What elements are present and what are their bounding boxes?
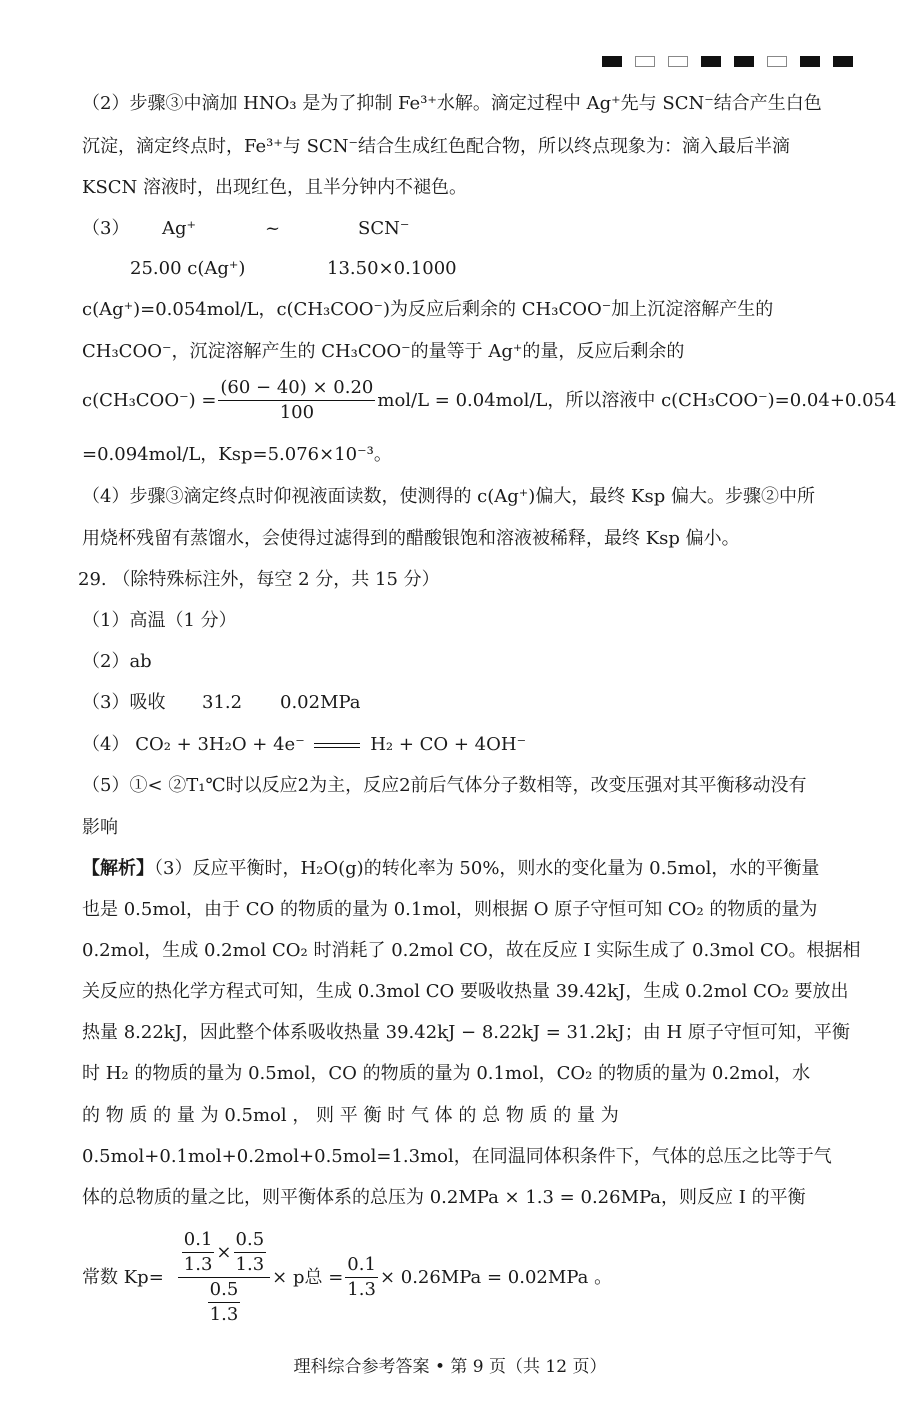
complex-numerator: 0.1 1.3 × 0.5 1.3	[178, 1228, 270, 1278]
kp-equation: 常数 Kp= 0.1 1.3 × 0.5 1.3 0.5 1.3 × p总 = …	[82, 1228, 612, 1327]
complex-fraction: 0.1 1.3 × 0.5 1.3 0.5 1.3	[178, 1228, 270, 1327]
numerator: 0.5	[208, 1278, 241, 1303]
a3-value2: 0.02MPa	[280, 691, 361, 715]
q28-p4-line1: （4）步骤③滴定终点时仰视液面读数，使测得的 c(Ag⁺)偏大，最终 Ksp 偏…	[82, 485, 815, 509]
equals-sign	[314, 743, 360, 748]
analysis-tag: 【解析】	[82, 858, 154, 879]
analysis-text: （3）反应平衡时，H₂O(g)的转化率为 50%，则水的变化量为 0.5mol，…	[154, 858, 819, 879]
denominator: 1.3	[210, 1303, 239, 1327]
marker-filled	[734, 56, 754, 67]
fraction: 0.5 1.3	[234, 1228, 267, 1277]
scn-value: 13.50×0.1000	[327, 257, 457, 281]
times-sign: ×	[216, 1241, 231, 1265]
q28-p4-line2: 用烧杯残留有蒸馏水，会使得过滤得到的醋酸银饱和溶液被稀释，最终 Ksp 偏小。	[82, 527, 740, 551]
marker-empty	[668, 56, 688, 67]
numerator: 0.5	[234, 1228, 267, 1253]
eq-rhs: H₂ + CO + 4OH⁻	[370, 734, 526, 755]
analysis-line-8: 0.5mol+0.1mol+0.2mol+0.5mol=1.3mol，在同温同体…	[82, 1145, 832, 1169]
fraction: 0.1 1.3	[182, 1228, 215, 1277]
eq-rhs: mol/L = 0.04mol/L，所以溶液中 c(CH₃COO⁻)=0.04+…	[377, 389, 896, 413]
marker-empty	[767, 56, 787, 67]
q29-a4-equation: （4） CO₂ + 3H₂O + 4e⁻ H₂ + CO + 4OH⁻	[82, 733, 526, 757]
q28-p3-equation: c(CH₃COO⁻) = (60 − 40) × 0.20 100 mol/L …	[82, 376, 896, 425]
analysis-line-9: 体的总物质的量之比，则平衡体系的总压为 0.2MPa × 1.3 = 0.26M…	[82, 1186, 806, 1210]
analysis-line-4: 关反应的热化学方程式可知，生成 0.3mol CO 要吸收热量 39.42kJ，…	[82, 980, 849, 1004]
q29-a5-line1: （5）①< ②T₁℃时以反应2为主，反应2前后气体分子数相等，改变压强对其平衡移…	[82, 774, 807, 798]
analysis-line-3: 0.2mol，生成 0.2mol CO₂ 时消耗了 0.2mol CO，故在反应…	[82, 939, 861, 963]
analysis-line-5: 热量 8.22kJ，因此整个体系吸收热量 39.42kJ − 8.22kJ = …	[82, 1021, 850, 1045]
analysis-line-2: 也是 0.5mol，由于 CO 的物质的量为 0.1mol，则根据 O 原子守恒…	[82, 898, 817, 922]
marker-filled	[800, 56, 820, 67]
denominator: 1.3	[236, 1253, 265, 1277]
ag-value: 25.00 c(Ag⁺)	[130, 257, 245, 281]
q29-a3: （3）吸收 31.2 0.02MPa	[82, 691, 165, 715]
label: （3）	[82, 218, 129, 239]
a3-label: （3）吸收	[82, 692, 165, 713]
q29-a5-line2: 影响	[82, 816, 118, 840]
ptotal: × p总 =	[272, 1266, 343, 1290]
q28-p3-line3: c(Ag⁺)=0.054mol/L，c(CH₃COO⁻)为反应后剩余的 CH₃C…	[82, 298, 773, 322]
kp-prefix: 常数 Kp=	[82, 1266, 164, 1290]
q28-p3-relation: （3） Ag⁺ ~ SCN⁻	[82, 217, 129, 241]
q29-a2: （2）ab	[82, 650, 152, 674]
analysis-line-6: 时 H₂ 的物质的量为 0.5mol，CO 的物质的量为 0.1mol，CO₂ …	[82, 1062, 810, 1086]
page-marker-blocks	[602, 56, 853, 67]
fraction: (60 − 40) × 0.20 100	[218, 376, 375, 425]
scn-ion: SCN⁻	[358, 217, 409, 241]
page-footer: 理科综合参考答案 • 第 9 页（共 12 页）	[0, 1352, 900, 1377]
fraction: 0.1 1.3	[345, 1253, 378, 1302]
numerator: 0.1	[182, 1228, 215, 1253]
q28-p2-line2: 沉淀，滴定终点时，Fe³⁺与 SCN⁻结合生成红色配合物，所以终点现象为：滴入最…	[82, 135, 790, 159]
q28-p3-line6: =0.094mol/L，Ksp=5.076×10⁻³。	[82, 443, 392, 467]
ag-ion: Ag⁺	[162, 217, 196, 241]
marker-empty	[635, 56, 655, 67]
denominator: 100	[280, 401, 314, 425]
analysis-line-7: 的 物 质 的 量 为 0.5mol ， 则 平 衡 时 气 体 的 总 物 质…	[82, 1104, 619, 1128]
tilde: ~	[265, 217, 280, 241]
a4-label: （4）	[82, 734, 129, 755]
fraction: 0.5 1.3	[208, 1278, 241, 1327]
q29-header: 29. （除特殊标注外，每空 2 分，共 15 分）	[78, 568, 440, 592]
q28-p2-line3: KSCN 溶液时，出现红色，且半分钟内不褪色。	[82, 176, 467, 200]
q28-p3-line4: CH₃COO⁻，沉淀溶解产生的 CH₃COO⁻的量等于 Ag⁺的量，反应后剩余的	[82, 340, 684, 364]
numerator: (60 − 40) × 0.20	[218, 376, 375, 401]
marker-filled	[602, 56, 622, 67]
q29-a1: （1）高温（1 分）	[82, 609, 237, 633]
a3-value1: 31.2	[202, 691, 242, 715]
eq-lhs: c(CH₃COO⁻) =	[82, 389, 216, 413]
complex-denominator: 0.5 1.3	[206, 1278, 243, 1327]
question-number: 29.	[78, 569, 107, 590]
analysis-line-1: 【解析】（3）反应平衡时，H₂O(g)的转化率为 50%，则水的变化量为 0.5…	[82, 857, 819, 881]
eq-lhs: CO₂ + 3H₂O + 4e⁻	[135, 734, 305, 755]
numerator: 0.1	[345, 1253, 378, 1278]
denominator: 1.3	[347, 1278, 376, 1302]
q28-p2-line1: （2）步骤③中滴加 HNO₃ 是为了抑制 Fe³⁺水解。滴定过程中 Ag⁺先与 …	[82, 92, 822, 116]
marker-filled	[833, 56, 853, 67]
scoring-note: （除特殊标注外，每空 2 分，共 15 分）	[112, 569, 439, 590]
kp-result: × 0.26MPa = 0.02MPa 。	[380, 1266, 612, 1290]
denominator: 1.3	[184, 1253, 213, 1277]
marker-filled	[701, 56, 721, 67]
